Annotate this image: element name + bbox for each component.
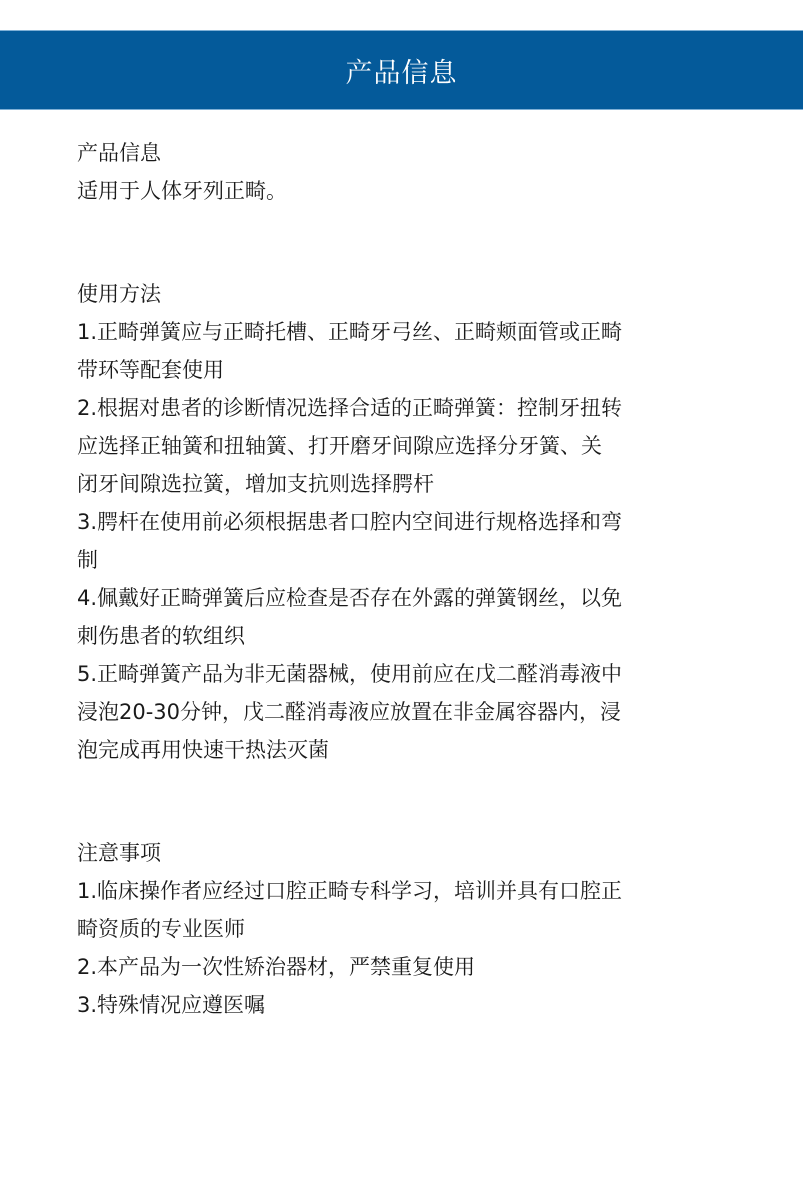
section-product-info: 产品信息 适用于人体牙列正畸。 [77, 134, 727, 210]
paragraph-line: 浸泡20-30分钟，戊二醛消毒液应放置在非金属容器内，浸 [77, 693, 727, 731]
paragraph-line: 1.临床操作者应经过口腔正畸专科学习，培训并具有口腔正 [77, 872, 727, 910]
paragraph-line: 带环等配套使用 [77, 351, 727, 389]
paragraph-line: 2.根据对患者的诊断情况选择合适的正畸弹簧：控制牙扭转 [77, 389, 727, 427]
paragraph-line: 1.正畸弹簧应与正畸托槽、正畸牙弓丝、正畸颊面管或正畸 [77, 313, 727, 351]
section-heading: 产品信息 [77, 134, 727, 172]
paragraph-line: 闭牙间隙选拉簧，增加支抗则选择腭杆 [77, 465, 727, 503]
paragraph-line: 刺伤患者的软组织 [77, 617, 727, 655]
document-body: 产品信息 适用于人体牙列正畸。 使用方法 1.正畸弹簧应与正畸托槽、正畸牙弓丝、… [77, 134, 727, 1024]
section-heading: 注意事项 [77, 834, 727, 872]
paragraph-line: 适用于人体牙列正畸。 [77, 172, 727, 210]
paragraph-line: 5.正畸弹簧产品为非无菌器械，使用前应在戊二醛消毒液中 [77, 655, 727, 693]
paragraph-line: 应选择正轴簧和扭轴簧、打开磨牙间隙应选择分牙簧、关 [77, 427, 727, 465]
paragraph-line: 泡完成再用快速干热法灭菌 [77, 731, 727, 769]
section-precautions: 注意事项 1.临床操作者应经过口腔正畸专科学习，培训并具有口腔正 畸资质的专业医… [77, 834, 727, 1024]
paragraph-line: 畸资质的专业医师 [77, 910, 727, 948]
paragraph-line: 4.佩戴好正畸弹簧后应检查是否存在外露的弹簧钢丝，以免 [77, 579, 727, 617]
paragraph-line: 3.特殊情况应遵医嘱 [77, 986, 727, 1024]
paragraph-line: 3.腭杆在使用前必须根据患者口腔内空间进行规格选择和弯 [77, 503, 727, 541]
page-title: 产品信息 [346, 51, 458, 90]
paragraph-line: 2.本产品为一次性矫治器材，严禁重复使用 [77, 948, 727, 986]
paragraph-line: 制 [77, 541, 727, 579]
section-heading: 使用方法 [77, 275, 727, 313]
header-bar: 产品信息 [0, 30, 803, 110]
section-usage: 使用方法 1.正畸弹簧应与正畸托槽、正畸牙弓丝、正畸颊面管或正畸 带环等配套使用… [77, 275, 727, 769]
